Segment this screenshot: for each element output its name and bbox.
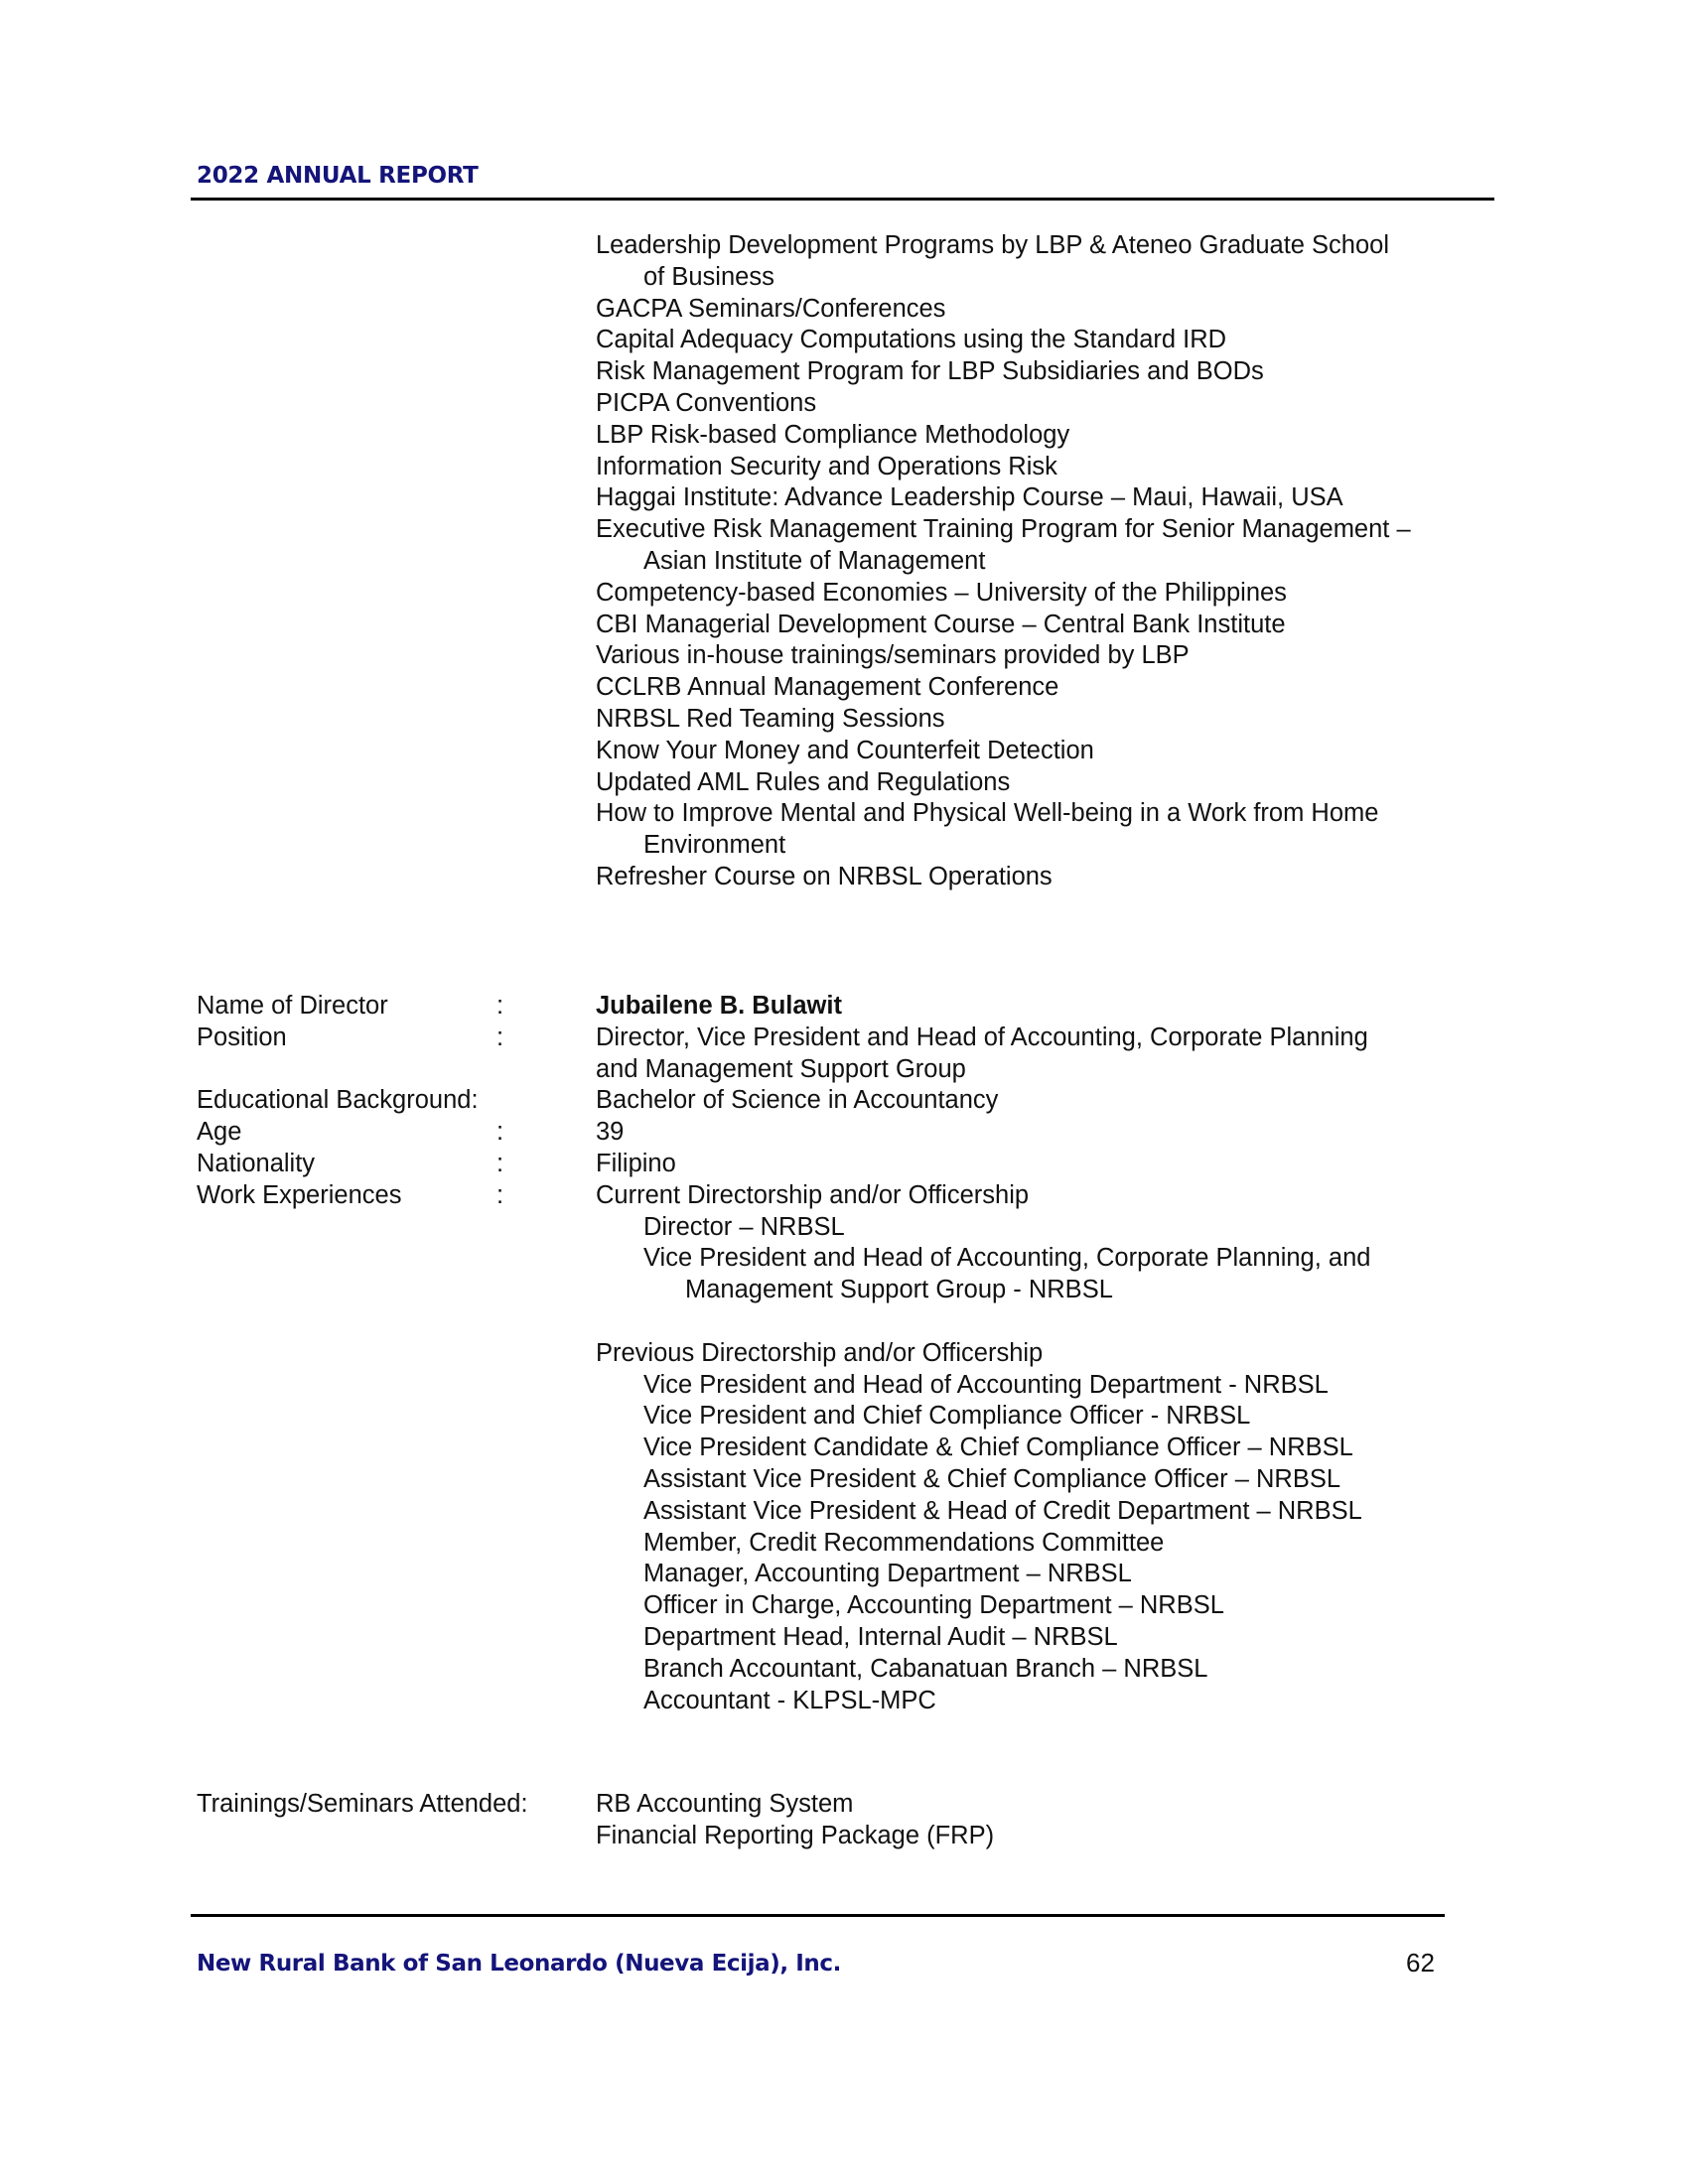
list-item-continuation: Management Support Group - NRBSL	[596, 1275, 1370, 1306]
list-item: How to Improve Mental and Physical Well-…	[596, 798, 1411, 830]
director-position-line-1: Director, Vice President and Head of Acc…	[596, 1023, 1370, 1054]
label-colon: :	[496, 1149, 503, 1180]
director-field-labels: Name of Director : Position : Educationa…	[197, 991, 594, 1212]
director-field-values: Jubailene B. Bulawit Director, Vice Pres…	[596, 991, 1370, 1716]
list-item: Refresher Course on NRBSL Operations	[596, 862, 1411, 893]
list-item: Competency-based Economies – University …	[596, 578, 1411, 610]
list-item: Member, Credit Recommendations Committee	[596, 1528, 1370, 1560]
page-number: 62	[1406, 1948, 1435, 1978]
label-name-of-director: Name of Director :	[197, 991, 594, 1023]
director-education: Bachelor of Science in Accountancy	[596, 1085, 1370, 1117]
list-item: GACPA Seminars/Conferences	[596, 294, 1411, 326]
list-item: Accountant - KLPSL-MPC	[596, 1686, 1370, 1717]
list-item-continuation: Asian Institute of Management	[596, 546, 1411, 578]
list-item: Financial Reporting Package (FRP)	[596, 1821, 994, 1852]
list-item: Haggai Institute: Advance Leadership Cou…	[596, 482, 1411, 514]
list-item: LBP Risk-based Compliance Methodology	[596, 420, 1411, 452]
report-page: 2022 ANNUAL REPORT Leadership Developmen…	[0, 0, 1688, 2184]
footer-divider	[191, 1914, 1445, 1917]
list-item: Manager, Accounting Department – NRBSL	[596, 1559, 1370, 1590]
list-item: Know Your Money and Counterfeit Detectio…	[596, 736, 1411, 767]
director-name: Jubailene B. Bulawit	[596, 991, 1370, 1023]
list-item: Risk Management Program for LBP Subsidia…	[596, 356, 1411, 388]
director-trainings-list: RB Accounting SystemFinancial Reporting …	[596, 1789, 994, 1852]
list-item: NRBSL Red Teaming Sessions	[596, 704, 1411, 736]
label-nationality: Nationality :	[197, 1149, 594, 1180]
list-item: Director – NRBSL	[596, 1212, 1370, 1244]
report-header-title: 2022 ANNUAL REPORT	[197, 162, 479, 190]
list-item: CCLRB Annual Management Conference	[596, 672, 1411, 704]
director-position-line-2: and Management Support Group	[596, 1054, 1370, 1086]
previous-positions-heading: Previous Directorship and/or Officership	[596, 1338, 1370, 1370]
label-position: Position :	[197, 1023, 594, 1054]
label-colon: :	[496, 991, 503, 1023]
list-item: Vice President and Chief Compliance Offi…	[596, 1401, 1370, 1433]
list-item-continuation: of Business	[596, 262, 1411, 294]
list-item: Vice President and Head of Accounting, C…	[596, 1243, 1370, 1275]
footer-bank-name: New Rural Bank of San Leonardo (Nueva Ec…	[197, 1950, 841, 1978]
previous-positions-list: Vice President and Head of Accounting De…	[596, 1370, 1370, 1717]
director-nationality: Filipino	[596, 1149, 1370, 1180]
label-educational-background: Educational Background:	[197, 1085, 594, 1117]
label-trainings-attended: Trainings/Seminars Attended:	[197, 1789, 528, 1821]
list-item: Department Head, Internal Audit – NRBSL	[596, 1622, 1370, 1654]
current-positions-list: Director – NRBSLVice President and Head …	[596, 1212, 1370, 1306]
list-item: Information Security and Operations Risk	[596, 452, 1411, 483]
list-item: Leadership Development Programs by LBP &…	[596, 230, 1411, 262]
current-positions-heading: Current Directorship and/or Officership	[596, 1180, 1370, 1212]
list-item: Updated AML Rules and Regulations	[596, 767, 1411, 799]
list-item: CBI Managerial Development Course – Cent…	[596, 610, 1411, 641]
list-item-continuation: Environment	[596, 830, 1411, 862]
label-age: Age :	[197, 1117, 594, 1149]
list-item: Assistant Vice President & Head of Credi…	[596, 1496, 1370, 1528]
label-work-experiences: Work Experiences :	[197, 1180, 594, 1212]
list-item: RB Accounting System	[596, 1789, 994, 1821]
director-age: 39	[596, 1117, 1370, 1149]
prior-director-trainings-list: Leadership Development Programs by LBP &…	[596, 230, 1411, 893]
list-item: Executive Risk Management Training Progr…	[596, 514, 1411, 546]
label-colon: :	[496, 1180, 503, 1212]
list-item: Various in-house trainings/seminars prov…	[596, 640, 1411, 672]
list-item: Capital Adequacy Computations using the …	[596, 325, 1411, 356]
list-item: PICPA Conventions	[596, 388, 1411, 420]
label-colon: :	[496, 1117, 503, 1149]
list-item: Vice President Candidate & Chief Complia…	[596, 1433, 1370, 1464]
header-divider	[191, 198, 1494, 201]
list-item: Branch Accountant, Cabanatuan Branch – N…	[596, 1654, 1370, 1686]
list-item: Vice President and Head of Accounting De…	[596, 1370, 1370, 1402]
list-item: Officer in Charge, Accounting Department…	[596, 1590, 1370, 1622]
list-item: Assistant Vice President & Chief Complia…	[596, 1464, 1370, 1496]
label-colon: :	[496, 1023, 503, 1054]
